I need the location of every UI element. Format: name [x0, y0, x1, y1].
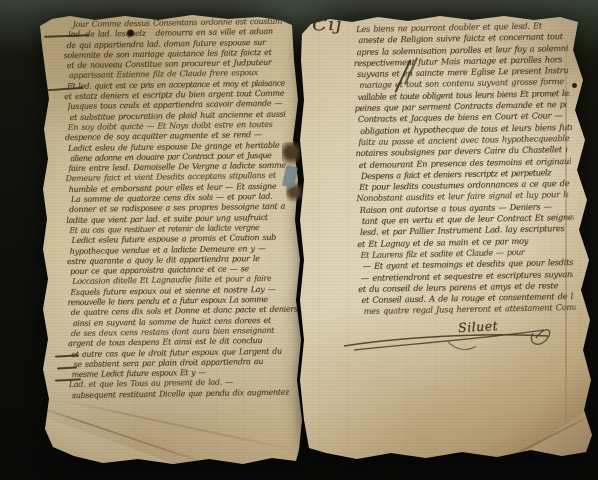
folio-mark: Cij [312, 15, 344, 36]
right-page-shadow: Cij Les biens ne pourront doubler et que… [0, 0, 598, 480]
signature-flourish [340, 320, 555, 356]
manuscript-right-page: Cij Les biens ne pourront doubler et que… [0, 0, 598, 480]
manuscript-photo: Jour Comme dessus Consentans ordonne est… [0, 0, 598, 480]
ink-dot [572, 83, 577, 88]
right-page-text: Les biens ne pourront doubler et que les… [356, 20, 576, 318]
